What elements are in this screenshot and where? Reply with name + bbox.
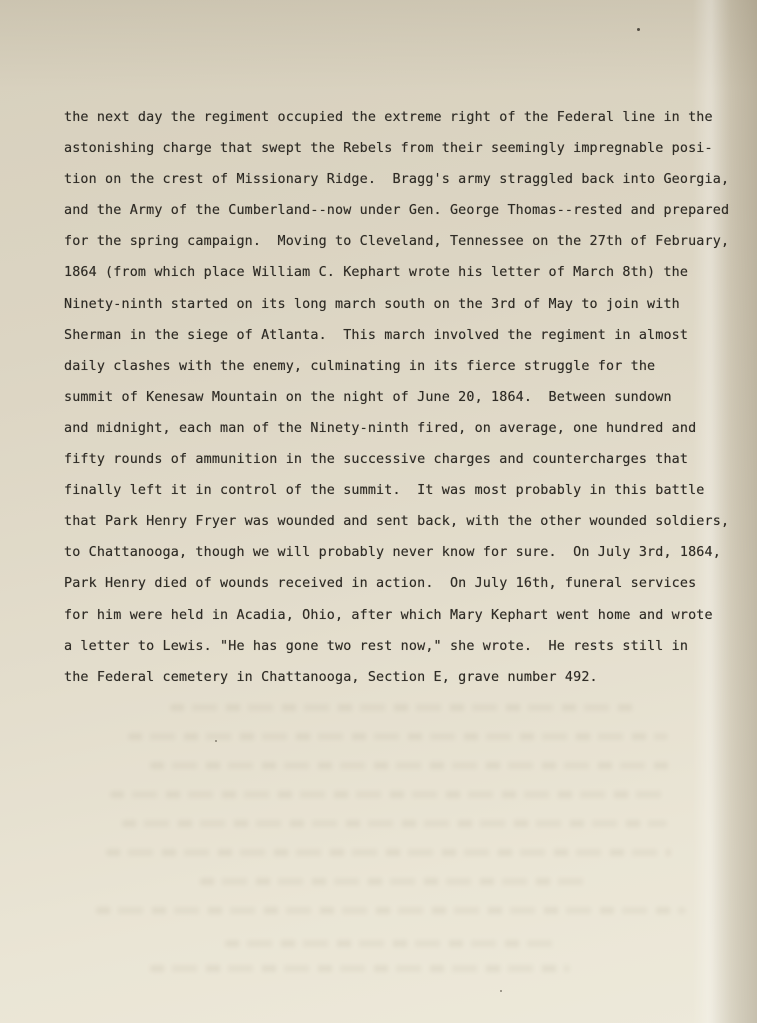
text-line: the next day the regiment occupied the e… — [64, 102, 736, 133]
bleed-line — [110, 791, 670, 798]
bleed-line — [106, 849, 671, 856]
ink-speck — [500, 990, 502, 992]
bleed-line — [150, 762, 670, 769]
text-line: the Federal cemetery in Chattanooga, Sec… — [64, 662, 736, 693]
text-line: a letter to Lewis. "He has gone two rest… — [64, 631, 736, 662]
bleed-line — [96, 907, 686, 914]
text-line: Ninety-ninth started on its long march s… — [64, 289, 736, 320]
typewritten-text-block: the next day the regiment occupied the e… — [64, 102, 736, 693]
text-line: for the spring campaign. Moving to Cleve… — [64, 226, 736, 257]
ink-speck — [215, 740, 217, 742]
scanned-page: the next day the regiment occupied the e… — [0, 0, 757, 1023]
text-line: Park Henry died of wounds received in ac… — [64, 568, 736, 599]
text-line: finally left it in control of the summit… — [64, 475, 736, 506]
text-line: tion on the crest of Missionary Ridge. B… — [64, 164, 736, 195]
text-line: Sherman in the siege of Atlanta. This ma… — [64, 320, 736, 351]
text-line: 1864 (from which place William C. Kephar… — [64, 257, 736, 288]
bleed-line — [128, 733, 668, 740]
text-line: to Chattanooga, though we will probably … — [64, 537, 736, 568]
bleed-line — [200, 878, 585, 885]
text-line: fifty rounds of ammunition in the succes… — [64, 444, 736, 475]
text-line: and midnight, each man of the Ninety-nin… — [64, 413, 736, 444]
bleed-line — [170, 704, 640, 711]
text-line: astonishing charge that swept the Rebels… — [64, 133, 736, 164]
ink-speck — [637, 28, 640, 31]
text-line: that Park Henry Fryer was wounded and se… — [64, 506, 736, 537]
bleed-line — [225, 940, 555, 947]
text-line: daily clashes with the enemy, culminatin… — [64, 351, 736, 382]
text-line: and the Army of the Cumberland--now unde… — [64, 195, 736, 226]
text-line: for him were held in Acadia, Ohio, after… — [64, 600, 736, 631]
bleed-line — [150, 965, 570, 972]
bleed-line — [122, 820, 667, 827]
text-line: summit of Kenesaw Mountain on the night … — [64, 382, 736, 413]
